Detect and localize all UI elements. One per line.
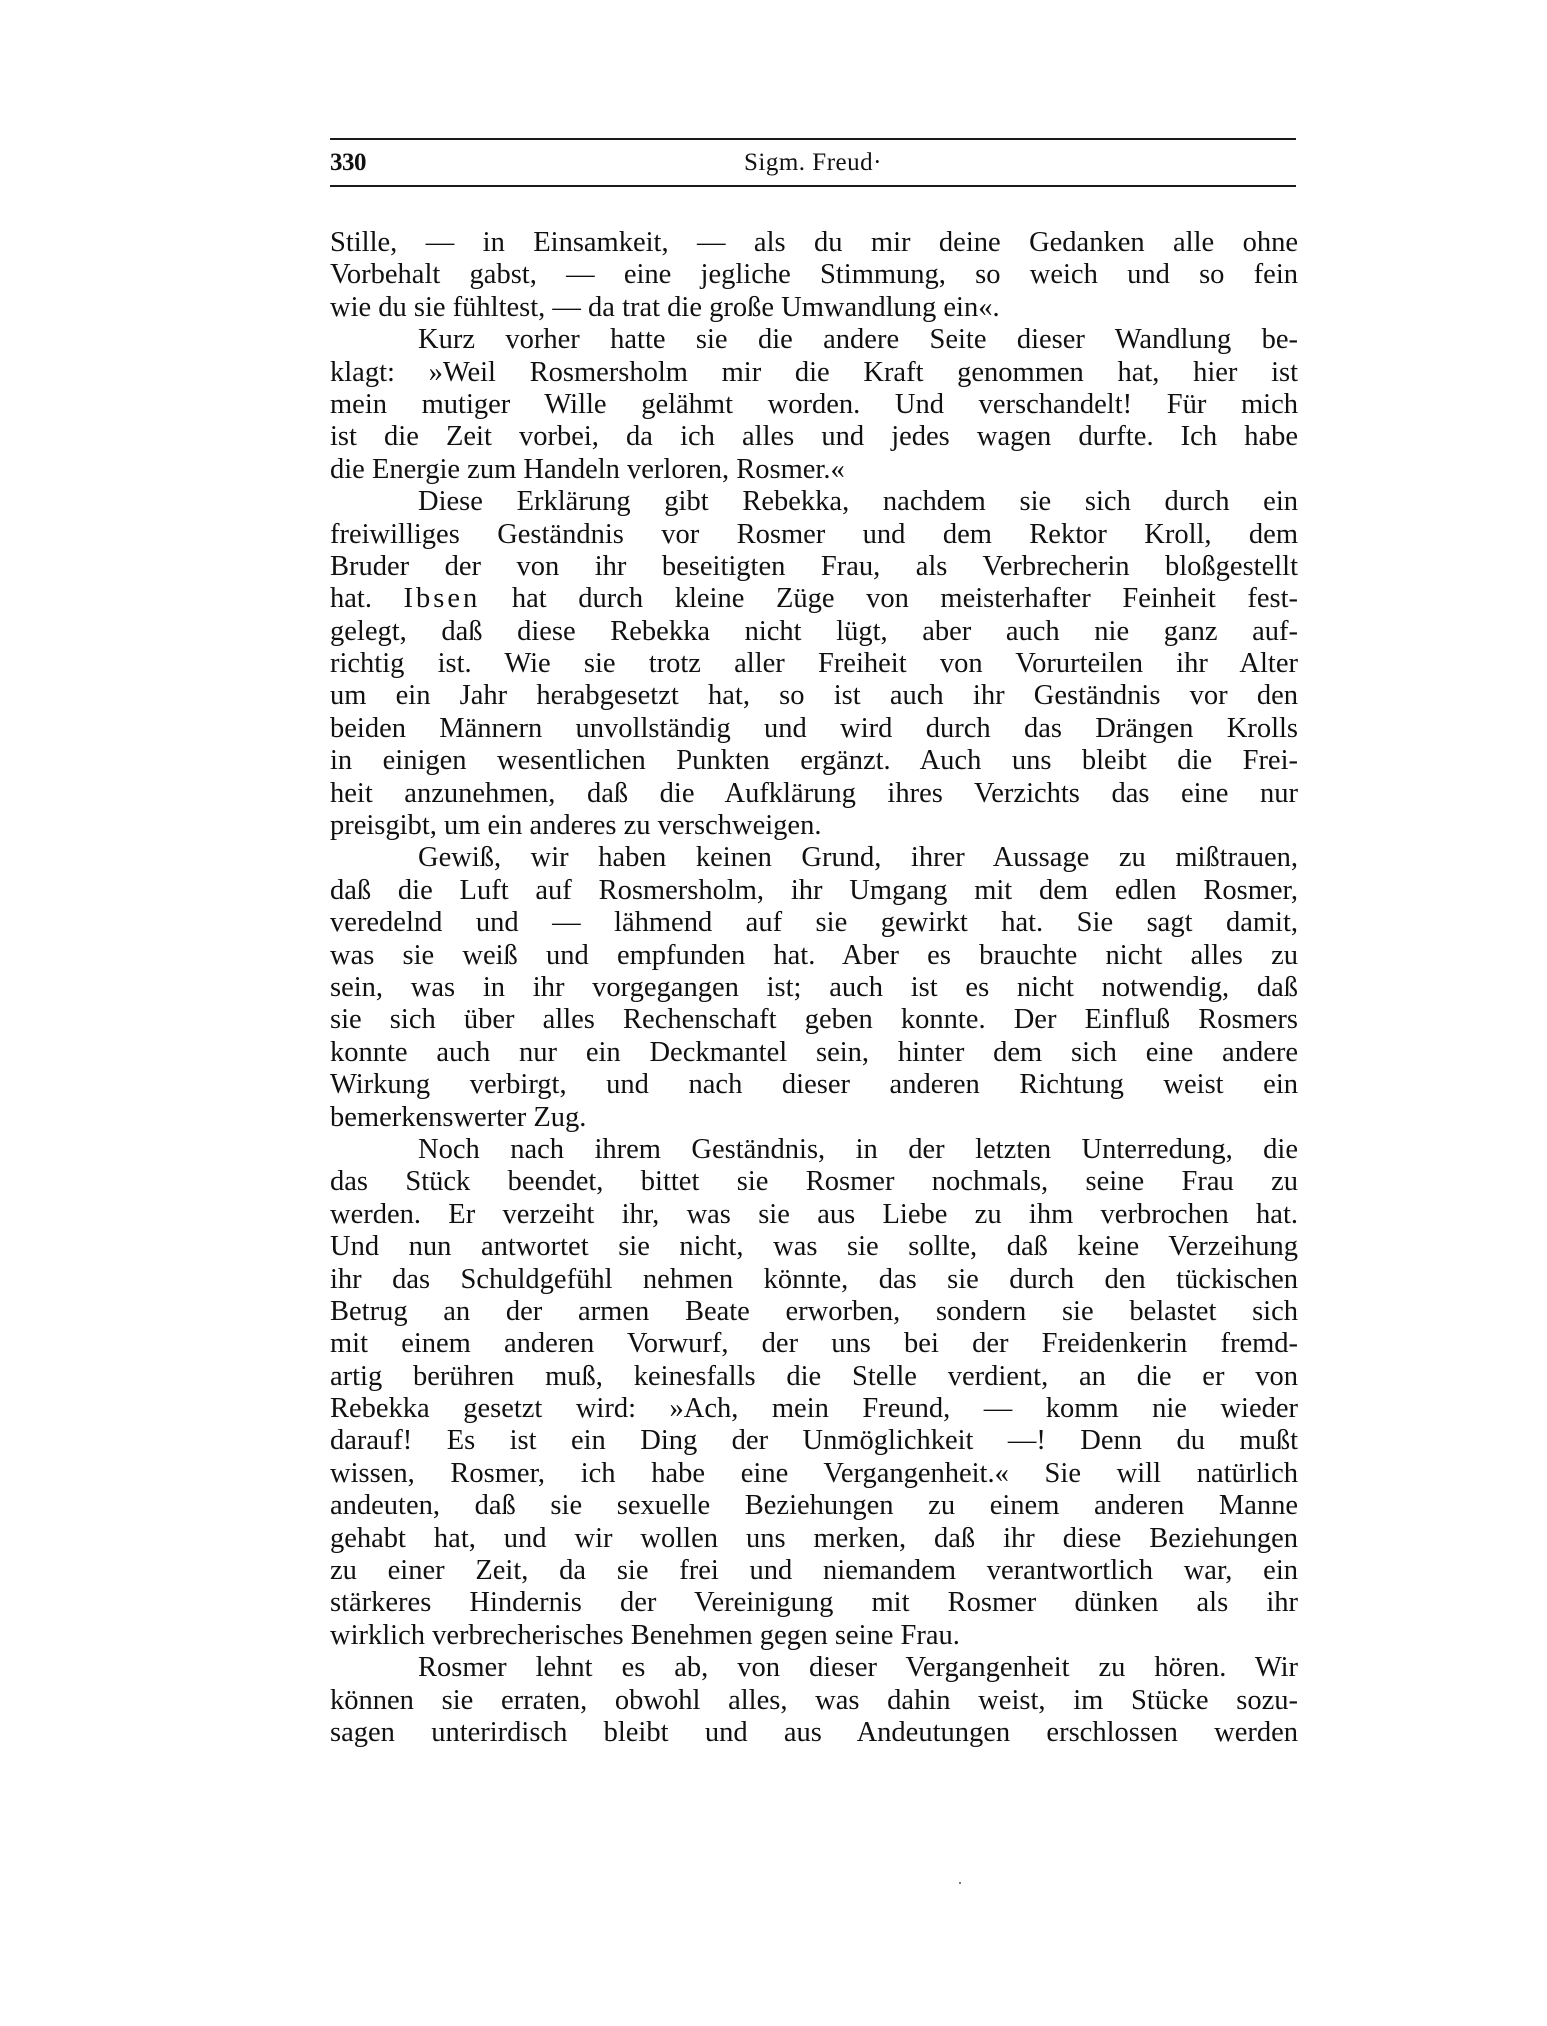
text-line: gehabt hat, und wir wollen uns merken, d… — [330, 1523, 1298, 1555]
text-line: was sie weiß und empfunden hat. Aber es … — [330, 940, 1298, 972]
text-line: Bruder der von ihr beseitigten Frau, als… — [330, 551, 1298, 583]
text-line: ist die Zeit vorbei, da ich alles und je… — [330, 421, 1298, 453]
text-line: um ein Jahr herabgesetzt hat, so ist auc… — [330, 680, 1298, 712]
text-line: mit einem anderen Vorwurf, der uns bei d… — [330, 1328, 1298, 1360]
text-line: das Stück beendet, bittet sie Rosmer noc… — [330, 1166, 1298, 1198]
paragraph-first-line: Noch nach ihrem Geständnis, in der letzt… — [330, 1134, 1298, 1166]
text-line: Rebekka gesetzt wird: »Ach, mein Freund,… — [330, 1393, 1298, 1425]
running-title: Sigm. Freud· — [330, 146, 1296, 180]
text-line: sie sich über alles Rechenschaft geben k… — [330, 1004, 1298, 1036]
text-line: Wirkung verbirgt, und nach dieser andere… — [330, 1069, 1298, 1101]
text-line: mein mutiger Wille gelähmt worden. Und v… — [330, 389, 1298, 421]
text-line: darauf! Es ist ein Ding der Unmöglichkei… — [330, 1425, 1298, 1457]
text-line: wirklich verbrecherisches Benehmen gegen… — [330, 1620, 1298, 1652]
text-line: die Energie zum Handeln verloren, Rosmer… — [330, 454, 1298, 486]
text-line: Stille, — in Einsamkeit, — als du mir de… — [330, 227, 1298, 259]
text-line: werden. Er verzeiht ihr, was sie aus Lie… — [330, 1199, 1298, 1231]
text-line: Betrug an der armen Beate erworben, sond… — [330, 1296, 1298, 1328]
paragraph-first-line: Kurz vorher hatte sie die andere Seite d… — [330, 324, 1298, 356]
paragraph-first-line: Gewiß, wir haben keinen Grund, ihrer Aus… — [330, 842, 1298, 874]
text-line: wissen, Rosmer, ich habe eine Vergangenh… — [330, 1458, 1298, 1490]
emphasized-name: Ibsen — [404, 583, 481, 614]
text-line: ihr das Schuldgefühl nehmen könnte, das … — [330, 1264, 1298, 1296]
text-line: freiwilliges Geständnis vor Rosmer und d… — [330, 519, 1298, 551]
text-line: bemerkenswerter Zug. — [330, 1102, 1298, 1134]
running-header: 330 Sigm. Freud· — [330, 146, 1296, 180]
text-line: heit anzunehmen, daß die Aufklärung ihre… — [330, 778, 1298, 810]
text-line: beiden Männern unvollständig und wird du… — [330, 713, 1298, 745]
text-line: wie du sie fühltest, — da trat die große… — [330, 292, 1298, 324]
text-line: können sie erraten, obwohl alles, was da… — [330, 1685, 1298, 1717]
text-line: andeuten, daß sie sexuelle Beziehungen z… — [330, 1490, 1298, 1522]
header-bottom-rule — [330, 185, 1296, 187]
header-top-rule — [330, 138, 1296, 140]
text-line: Vorbehalt gabst, — eine jegliche Stimmun… — [330, 259, 1298, 291]
text-line: zu einer Zeit, da sie frei und niemandem… — [330, 1555, 1298, 1587]
text-line: konnte auch nur ein Deckmantel sein, hin… — [330, 1037, 1298, 1069]
text-line: Und nun antwortet sie nicht, was sie sol… — [330, 1231, 1298, 1263]
text-line: gelegt, daß diese Rebekka nicht lügt, ab… — [330, 616, 1298, 648]
document-page: 330 Sigm. Freud· Stille, — in Einsamkeit… — [0, 0, 1547, 2026]
text-line: artig berühren muß, keinesfalls die Stel… — [330, 1361, 1298, 1393]
text-line: klagt: »Weil Rosmersholm mir die Kraft g… — [330, 357, 1298, 389]
text-line: richtig ist. Wie sie trotz aller Freihei… — [330, 648, 1298, 680]
text-line: in einigen wesentlichen Punkten ergänzt.… — [330, 745, 1298, 777]
text-line: stärkeres Hindernis der Vereinigung mit … — [330, 1587, 1298, 1619]
text-line: hat. Ibsen hat durch kleine Züge von mei… — [330, 583, 1298, 615]
paragraph-first-line: Rosmer lehnt es ab, von dieser Vergangen… — [330, 1652, 1298, 1684]
scan-speck — [959, 1882, 961, 1884]
text-line: preisgibt, um ein anderes zu verschweige… — [330, 810, 1298, 842]
text-line: daß die Luft auf Rosmersholm, ihr Umgang… — [330, 875, 1298, 907]
text-line: sein, was in ihr vorgegangen ist; auch i… — [330, 972, 1298, 1004]
body-text: Stille, — in Einsamkeit, — als du mir de… — [330, 227, 1298, 1749]
text-line: sagen unterirdisch bleibt und aus Andeut… — [330, 1717, 1298, 1749]
text-line: veredelnd und — lähmend auf sie gewirkt … — [330, 907, 1298, 939]
paragraph-first-line: Diese Erklärung gibt Rebekka, nachdem si… — [330, 486, 1298, 518]
